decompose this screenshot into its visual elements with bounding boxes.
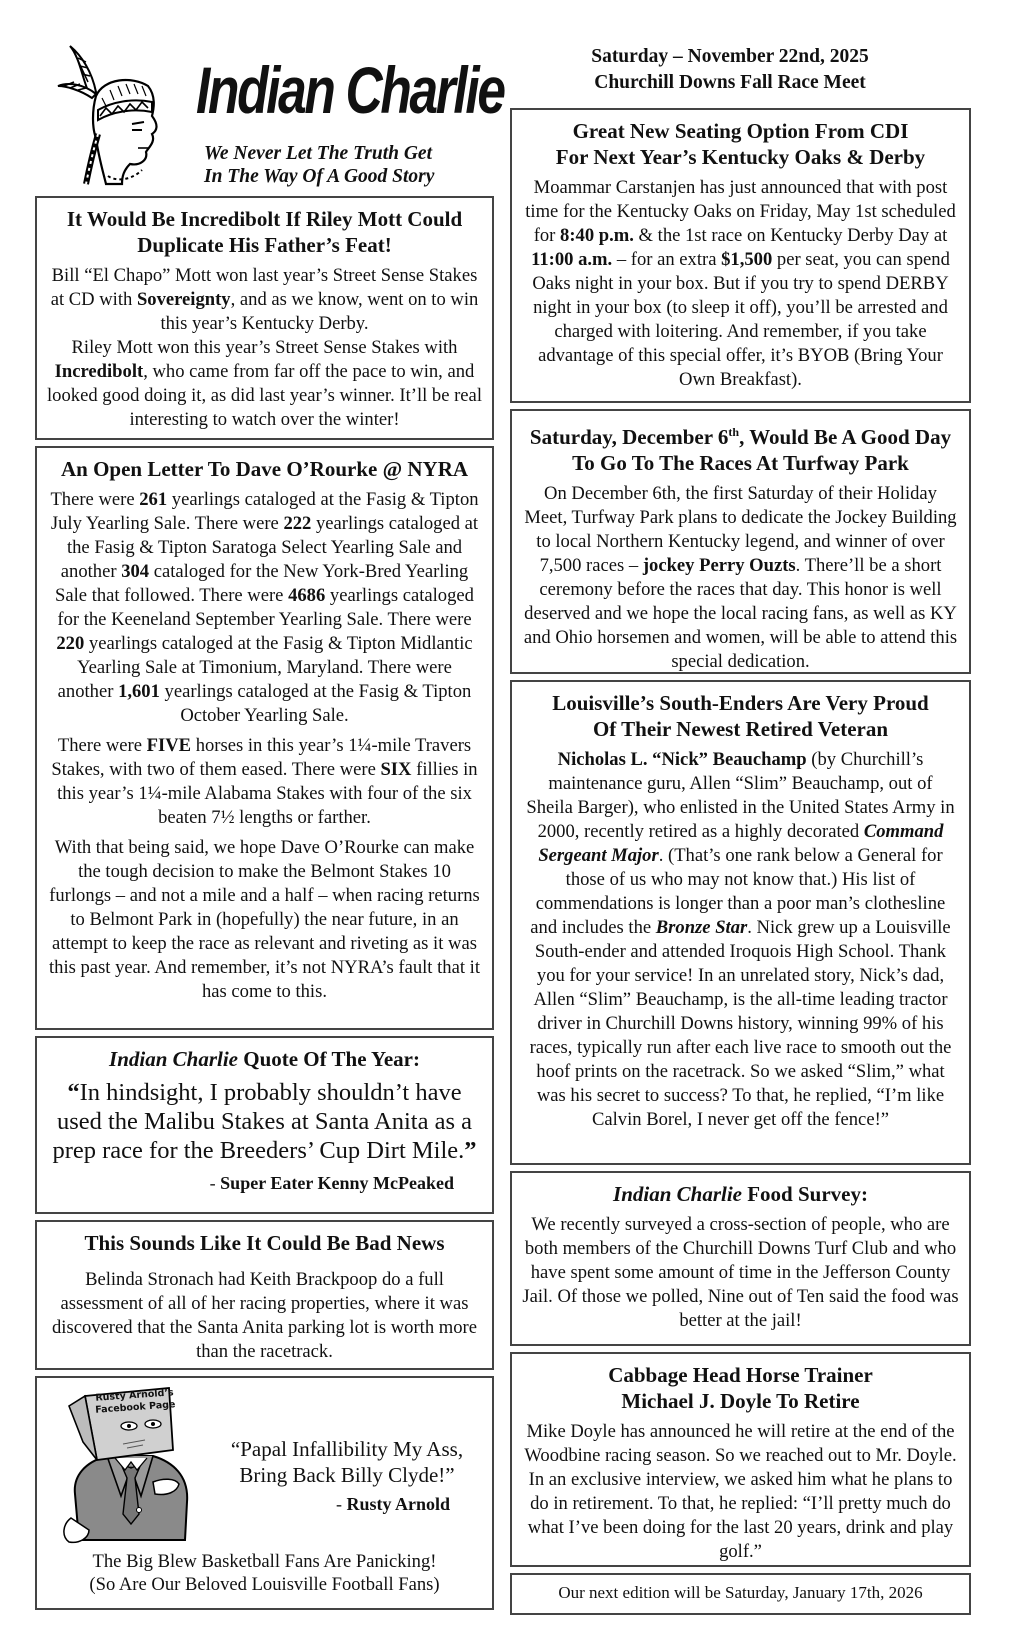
article-headline: Indian Charlie Quote Of The Year:	[49, 1046, 480, 1072]
medal-name: Bronze Star	[656, 917, 747, 938]
body-text: Riley Mott won this year’s Street Sense …	[72, 337, 458, 358]
rusty-footer: The Big Blew Basketball Fans Are Panicki…	[37, 1550, 492, 1596]
article-headline: An Open Letter To Dave O’Rourke @ NYRA	[49, 456, 480, 482]
article-headline: Cabbage Head Horse TrainerMichael J. Doy…	[524, 1362, 957, 1414]
publication-name: Indian Charlie	[613, 1182, 742, 1206]
quote-attribution: - Super Eater Kenny McPeaked	[49, 1173, 480, 1194]
masthead-tagline-line-1: We Never Let The Truth Get	[204, 142, 432, 165]
attribution-dash: -	[210, 1173, 221, 1193]
article-body-paragraph-2: There were FIVE horses in this year’s 1¼…	[49, 734, 480, 830]
article-headline: This Sounds Like It Could Be Bad News	[51, 1230, 478, 1256]
quote-text: “In hindsight, I probably shouldn’t have…	[49, 1078, 480, 1165]
article-incredibolt: It Would Be Incredibolt If Riley Mott Co…	[35, 196, 494, 440]
article-headline: Saturday, December 6th, Would Be A Good …	[522, 419, 959, 476]
headline-text: Quote Of The Year:	[238, 1047, 420, 1071]
emphasized-value: $1,500	[721, 249, 772, 270]
article-body: On December 6th, the first Saturday of t…	[522, 482, 959, 674]
article-doyle-retire: Cabbage Head Horse TrainerMichael J. Doy…	[510, 1352, 971, 1567]
quote-line-2: Bring Back Billy Clyde!”	[207, 1462, 487, 1488]
article-body: Mike Doyle has announced he will retire …	[524, 1420, 957, 1564]
body-text: & the 1st race on Kentucky Derby Day at	[634, 225, 947, 246]
body-text: per seat, you can spend Oaks night in yo…	[532, 249, 950, 390]
emphasized-value: SIX	[380, 759, 411, 780]
article-rusty-arnold: Rusty Arnold’s Facebook Page “Papal Infa…	[35, 1376, 494, 1610]
emphasized-value: 304	[121, 561, 149, 582]
open-quote-mark: “	[67, 1079, 79, 1106]
article-body-paragraph-1: Bill “El Chapo” Mott won last year’s Str…	[47, 264, 482, 336]
quote-author: Super Eater Kenny McPeaked	[220, 1173, 454, 1193]
jockey-name: jockey Perry Ouzts	[643, 555, 796, 576]
headline-line-1: Great New Seating Option From CDI	[573, 119, 909, 143]
article-body-paragraph-3: With that being said, we hope Dave O’Rou…	[49, 836, 480, 1004]
emphasized-value: 11:00 a.m.	[531, 249, 612, 270]
headline-line-1: Cabbage Head Horse Trainer	[608, 1363, 873, 1387]
article-turfway-park: Saturday, December 6th, Would Be A Good …	[510, 409, 971, 674]
next-edition-text: Our next edition will be Saturday, Janua…	[558, 1583, 922, 1602]
headline-line-2: For Next Year’s Kentucky Oaks & Derby	[556, 145, 925, 169]
race-meet-name: Churchill Downs Fall Race Meet	[490, 70, 970, 96]
emphasized-value: 8:40 p.m.	[560, 225, 634, 246]
quote-line-1: “Papal Infallibility My Ass,	[207, 1436, 487, 1462]
emphasized-value: 261	[139, 489, 167, 510]
article-headline: Indian Charlie Food Survey:	[522, 1181, 959, 1207]
issue-date: Saturday – November 22nd, 2025	[490, 44, 970, 70]
attribution-dash: -	[336, 1494, 347, 1514]
article-body: We recently surveyed a cross-section of …	[522, 1213, 959, 1333]
headline-ordinal: th	[728, 425, 739, 439]
article-body-paragraph-2: Riley Mott won this year’s Street Sense …	[47, 336, 482, 432]
quote-attribution: - Rusty Arnold	[336, 1494, 450, 1515]
headline-line-1: Louisville’s South-Enders Are Very Proud	[552, 691, 929, 715]
article-seating-option: Great New Seating Option From CDIFor Nex…	[510, 108, 971, 403]
quote-author: Rusty Arnold	[346, 1494, 450, 1514]
body-text: . Nick grew up a Louisville South-ender …	[530, 917, 952, 1130]
article-headline: Louisville’s South-Enders Are Very Proud…	[524, 690, 957, 742]
article-body: Belinda Stronach had Keith Brackpoop do …	[51, 1268, 478, 1364]
body-text: There were	[58, 735, 147, 756]
article-body-paragraph-1: There were 261 yearlings cataloged at th…	[49, 488, 480, 728]
body-text: – for an extra	[612, 249, 721, 270]
body-text: yearlings cataloged at the Fasig & Tipto…	[160, 681, 471, 726]
headline-line-2: Michael J. Doyle To Retire	[621, 1389, 859, 1413]
veteran-name: Nicholas L. “Nick” Beauchamp	[558, 749, 807, 770]
emphasized-value: FIVE	[147, 735, 191, 756]
article-body: Moammar Carstanjen has just announced th…	[522, 176, 959, 392]
headline-text: Food Survey:	[742, 1182, 868, 1206]
next-edition-notice: Our next edition will be Saturday, Janua…	[510, 1573, 971, 1615]
publication-name: Indian Charlie	[109, 1047, 238, 1071]
headline-line-2: Duplicate His Father’s Feat!	[137, 233, 391, 257]
article-headline: It Would Be Incredibolt If Riley Mott Co…	[47, 206, 482, 258]
headline-line-1: It Would Be Incredibolt If Riley Mott Co…	[67, 207, 462, 231]
article-bad-news: This Sounds Like It Could Be Bad News Be…	[35, 1220, 494, 1370]
emphasized-value: 222	[283, 513, 311, 534]
article-headline: Great New Seating Option From CDIFor Nex…	[522, 118, 959, 170]
article-open-letter: An Open Letter To Dave O’Rourke @ NYRA T…	[35, 446, 494, 1030]
horse-name-incredibolt: Incredibolt	[55, 361, 144, 382]
horse-name-sovereignty: Sovereignty	[137, 289, 231, 310]
emphasized-value: 220	[56, 633, 84, 654]
masthead-logo	[52, 38, 192, 188]
article-quote-of-the-year: Indian Charlie Quote Of The Year: “In hi…	[35, 1036, 494, 1214]
rusty-quote: “Papal Infallibility My Ass, Bring Back …	[207, 1436, 487, 1488]
emphasized-value: 1,601	[118, 681, 160, 702]
quote-body: In hindsight, I probably shouldn’t have …	[52, 1079, 472, 1164]
article-food-survey: Indian Charlie Food Survey: We recently …	[510, 1171, 971, 1346]
native-chief-head-icon	[52, 38, 192, 188]
close-quote-mark: ”	[464, 1137, 476, 1164]
footer-line-1: The Big Blew Basketball Fans Are Panicki…	[37, 1550, 492, 1573]
body-text: There were	[50, 489, 139, 510]
headline-text: Saturday, December 6	[530, 425, 729, 449]
footer-line-2: (So Are Our Beloved Louisville Football …	[37, 1573, 492, 1596]
article-south-enders: Louisville’s South-Enders Are Very Proud…	[510, 680, 971, 1165]
headline-line-2: Of Their Newest Retired Veteran	[593, 717, 888, 741]
emphasized-value: 4686	[288, 585, 325, 606]
article-body: Nicholas L. “Nick” Beauchamp (by Churchi…	[524, 748, 957, 1132]
masthead-tagline-line-2: In The Way Of A Good Story	[204, 165, 434, 188]
masthead-title: Indian Charlie	[196, 50, 504, 130]
